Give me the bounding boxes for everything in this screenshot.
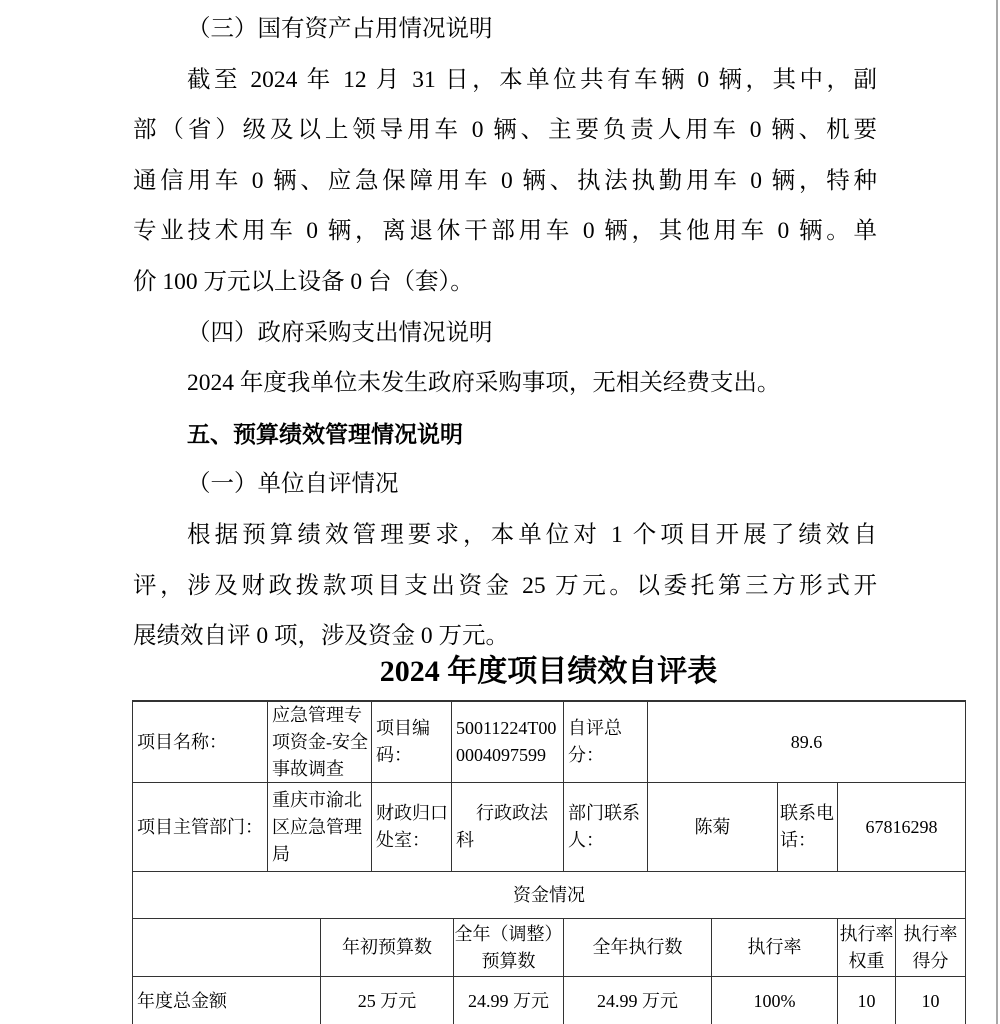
table-row-project: 项目名称： 应急管理专项资金-安全事故调查 项目编码： 50011224T000…	[133, 702, 966, 783]
heading-section-4: （四）政府采购支出情况说明	[133, 308, 877, 359]
self-score-value: 89.6	[648, 702, 966, 783]
page-right-edge	[996, 0, 998, 1024]
para-self-eval-line-1: 根据预算绩效管理要求，本单位对 1 个项目开展了绩效自	[133, 510, 877, 561]
funds-section-title: 资金情况	[133, 872, 966, 919]
heading-subsection-1: （一）单位自评情况	[133, 459, 877, 510]
project-code-value: 50011224T000004097599	[452, 702, 564, 783]
project-code-label: 项目编码：	[372, 702, 452, 783]
table-row-funds-header: 年初预算数 全年（调整）预算数 全年执行数 执行率 执行率权重 执行率得分	[133, 919, 966, 977]
document-body: （三）国有资产占用情况说明 截至 2024 年 12 月 31 日，本单位共有车…	[133, 4, 877, 662]
para-assets-line-1: 截至 2024 年 12 月 31 日，本单位共有车辆 0 辆，其中，副	[133, 55, 877, 106]
phone-label: 联系电话：	[778, 783, 838, 872]
cell-executed-amount: 24.99 万元	[564, 977, 712, 1024]
para-self-eval-line-2: 评，涉及财政拨款项目支出资金 25 万元。以委托第三方形式开	[133, 561, 877, 612]
table-row-funds-section: 资金情况	[133, 872, 966, 919]
self-evaluation-table: 项目名称： 应急管理专项资金-安全事故调查 项目编码： 50011224T000…	[132, 700, 966, 1024]
contact-value: 陈菊	[648, 783, 778, 872]
para-assets-line-3: 通信用车 0 辆、应急保障用车 0 辆、执法执勤用车 0 辆，特种	[133, 156, 877, 207]
para-assets-line-4: 专业技术用车 0 辆，离退休干部用车 0 辆，其他用车 0 辆。单	[133, 206, 877, 257]
contact-label: 部门联系人：	[564, 783, 648, 872]
dept-value: 重庆市渝北区应急管理局	[268, 783, 372, 872]
cell-adjusted-budget: 24.99 万元	[454, 977, 564, 1024]
col-adjusted-budget: 全年（调整）预算数	[454, 919, 564, 977]
self-score-label: 自评总分：	[564, 702, 648, 783]
project-name-label: 项目名称：	[133, 702, 268, 783]
table-row-department: 项目主管部门： 重庆市渝北区应急管理局 财政归口处室： 行政政法科 部门联系人：…	[133, 783, 966, 872]
table-title: 2024 年度项目绩效自评表	[132, 650, 965, 694]
cell-execution-rate: 100%	[712, 977, 838, 1024]
table-row-annual-total: 年度总金额 25 万元 24.99 万元 24.99 万元 100% 10 10	[133, 977, 966, 1024]
heading-section-5: 五、预算绩效管理情况说明	[133, 409, 877, 460]
project-name-value: 应急管理专项资金-安全事故调查	[268, 702, 372, 783]
row-label-annual-total: 年度总金额	[133, 977, 321, 1024]
phone-value: 67816298	[838, 783, 966, 872]
col-execution-rate: 执行率	[712, 919, 838, 977]
col-executed-amount: 全年执行数	[564, 919, 712, 977]
cell-rate-weight: 10	[838, 977, 896, 1024]
cell-initial-budget: 25 万元	[321, 977, 454, 1024]
document-page: （三）国有资产占用情况说明 截至 2024 年 12 月 31 日，本单位共有车…	[0, 0, 1000, 1024]
dept-label: 项目主管部门：	[133, 783, 268, 872]
cell-rate-score: 10	[896, 977, 966, 1024]
para-assets-line-2: 部（省）级及以上领导用车 0 辆、主要负责人用车 0 辆、机要	[133, 105, 877, 156]
para-assets-line-5: 价 100 万元以上设备 0 台（套）。	[133, 257, 877, 308]
office-label: 财政归口处室：	[372, 783, 452, 872]
heading-section-3: （三）国有资产占用情况说明	[133, 4, 877, 55]
col-rate-score: 执行率得分	[896, 919, 966, 977]
col-initial-budget: 年初预算数	[321, 919, 454, 977]
funds-header-blank	[133, 919, 321, 977]
para-procurement: 2024 年度我单位未发生政府采购事项，无相关经费支出。	[133, 358, 877, 409]
col-rate-weight: 执行率权重	[838, 919, 896, 977]
office-value: 行政政法科	[452, 783, 564, 872]
